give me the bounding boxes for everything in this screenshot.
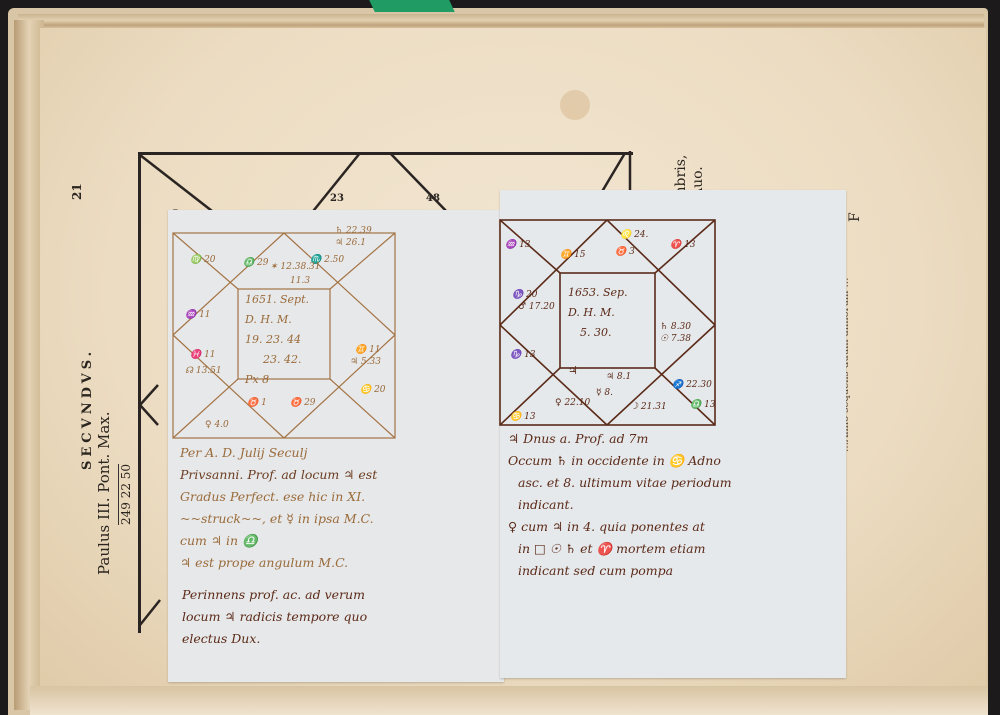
- handwritten-notes-right: ♃ Dnus a. Prof. ad 7m Occum ♄ in occiden…: [508, 428, 732, 582]
- note-line: ~~struck~~, et ☿ in ipsa M.C.: [180, 508, 377, 530]
- house-label: ♌ 24.: [620, 230, 648, 240]
- house-label: ♎ 13: [690, 400, 716, 410]
- house-label: ♂ 17.20: [518, 302, 555, 312]
- note-line: Per A. D. Julij Seculj: [180, 442, 377, 464]
- bookmark-ribbon: [369, 0, 455, 12]
- handwritten-notes-left: Per A. D. Julij Seculj Privsanni. Prof. …: [180, 442, 377, 574]
- house-label: ♉ 1: [247, 398, 267, 408]
- note-line: ♃ Dnus a. Prof. ad 7m: [508, 428, 732, 450]
- house-label: ♓ 11: [190, 350, 216, 360]
- house-label: ♋ 13: [510, 412, 536, 422]
- house-label: ♒ 11: [185, 310, 211, 320]
- chart-date: 1651. Sept.: [245, 290, 309, 310]
- note-line: Gradus Perfect. ese hic in XI.: [180, 486, 377, 508]
- note-line: Privsanni. Prof. ad locum ♃ est: [180, 464, 377, 486]
- chart-dhm: D. H. M.: [568, 303, 628, 323]
- house-label: ♃ 8.1: [606, 372, 631, 382]
- house-label: ♃ 26.1: [335, 238, 366, 248]
- house-label: ♍ 20: [190, 255, 216, 265]
- chart-date: 1653. Sep.: [568, 283, 628, 303]
- house-label: ♀ 22.10: [555, 398, 590, 408]
- house-label: ♒ 13: [505, 240, 531, 250]
- house-label: ♄ 22.39: [335, 226, 372, 236]
- chart-center-left: 1651. Sept. D. H. M. 19. 23. 44 23. 42. …: [245, 290, 309, 390]
- house-label: ♀ 4.0: [205, 420, 229, 430]
- house-label: ♋ 20: [360, 385, 386, 395]
- house-label: ♊ 15: [560, 250, 586, 260]
- house-label: 11.3: [290, 276, 310, 286]
- note-line: indicant.: [508, 494, 732, 516]
- house-label: ♃ 5.33: [350, 357, 381, 367]
- note-line: Occum ♄ in occidente in ♋ Adno: [508, 450, 732, 472]
- house-label: ♑ 13: [510, 350, 536, 360]
- note-line: asc. et 8. ultimum vitae periodum: [508, 472, 732, 494]
- signature-mark: F: [847, 212, 863, 222]
- note-line: Perinnens prof. ac. ad verum: [182, 584, 367, 606]
- house-label: ♐ 22.30: [672, 380, 712, 390]
- note-line: ♃ est prope angulum M.C.: [180, 552, 377, 574]
- chart-center-right: 1653. Sep. D. H. M. 5. 30. ♃: [568, 283, 628, 381]
- note-line: locum ♃ radicis tempore quo: [182, 606, 367, 628]
- house-label: ♎ 29: [243, 258, 269, 268]
- house-label: ☊ 13.51: [185, 366, 222, 376]
- note-line: cum ♃ in ♎: [180, 530, 377, 552]
- house-label: ♄ 8.30: [660, 322, 691, 332]
- house-label: ☉ 7.38: [660, 334, 691, 344]
- chart-note: Px 8: [245, 370, 309, 390]
- chart-time: 5. 30.: [568, 323, 628, 343]
- house-label: ✶ 12.38.31: [270, 262, 320, 272]
- running-head: SECVNDVS.: [80, 348, 95, 470]
- chart-time: 19. 23. 44: [245, 330, 309, 350]
- note-line: electus Dux.: [182, 628, 367, 650]
- house-label: ♑ 20: [512, 290, 538, 300]
- folio-number: 21: [70, 183, 84, 200]
- chart-dhm: D. H. M.: [245, 310, 309, 330]
- note-line: in □ ☉ ♄ et ♈ mortem etiam: [508, 538, 732, 560]
- house-label: ♉ 29: [290, 398, 316, 408]
- house-label: ♊ 11: [355, 345, 381, 355]
- note-line: ♀ cum ♃ in 4. quia ponentes at: [508, 516, 732, 538]
- foxing-stain: [560, 90, 590, 120]
- house-label: ☿ 8.: [596, 388, 613, 398]
- house-label: ♉ 3: [615, 247, 635, 257]
- chart-time-2: 23. 42.: [245, 350, 309, 370]
- side-heading: Paulus III. Pont. Max.: [95, 411, 113, 575]
- house-label: ♈ 13: [670, 240, 696, 250]
- handwritten-notes-left-2: Perinnens prof. ac. ad verum locum ♃ rad…: [182, 584, 367, 650]
- house-label: ☽ 21.31: [630, 402, 667, 412]
- note-line: indicant sed cum pompa: [508, 560, 732, 582]
- page-stack-bottom: [30, 686, 988, 715]
